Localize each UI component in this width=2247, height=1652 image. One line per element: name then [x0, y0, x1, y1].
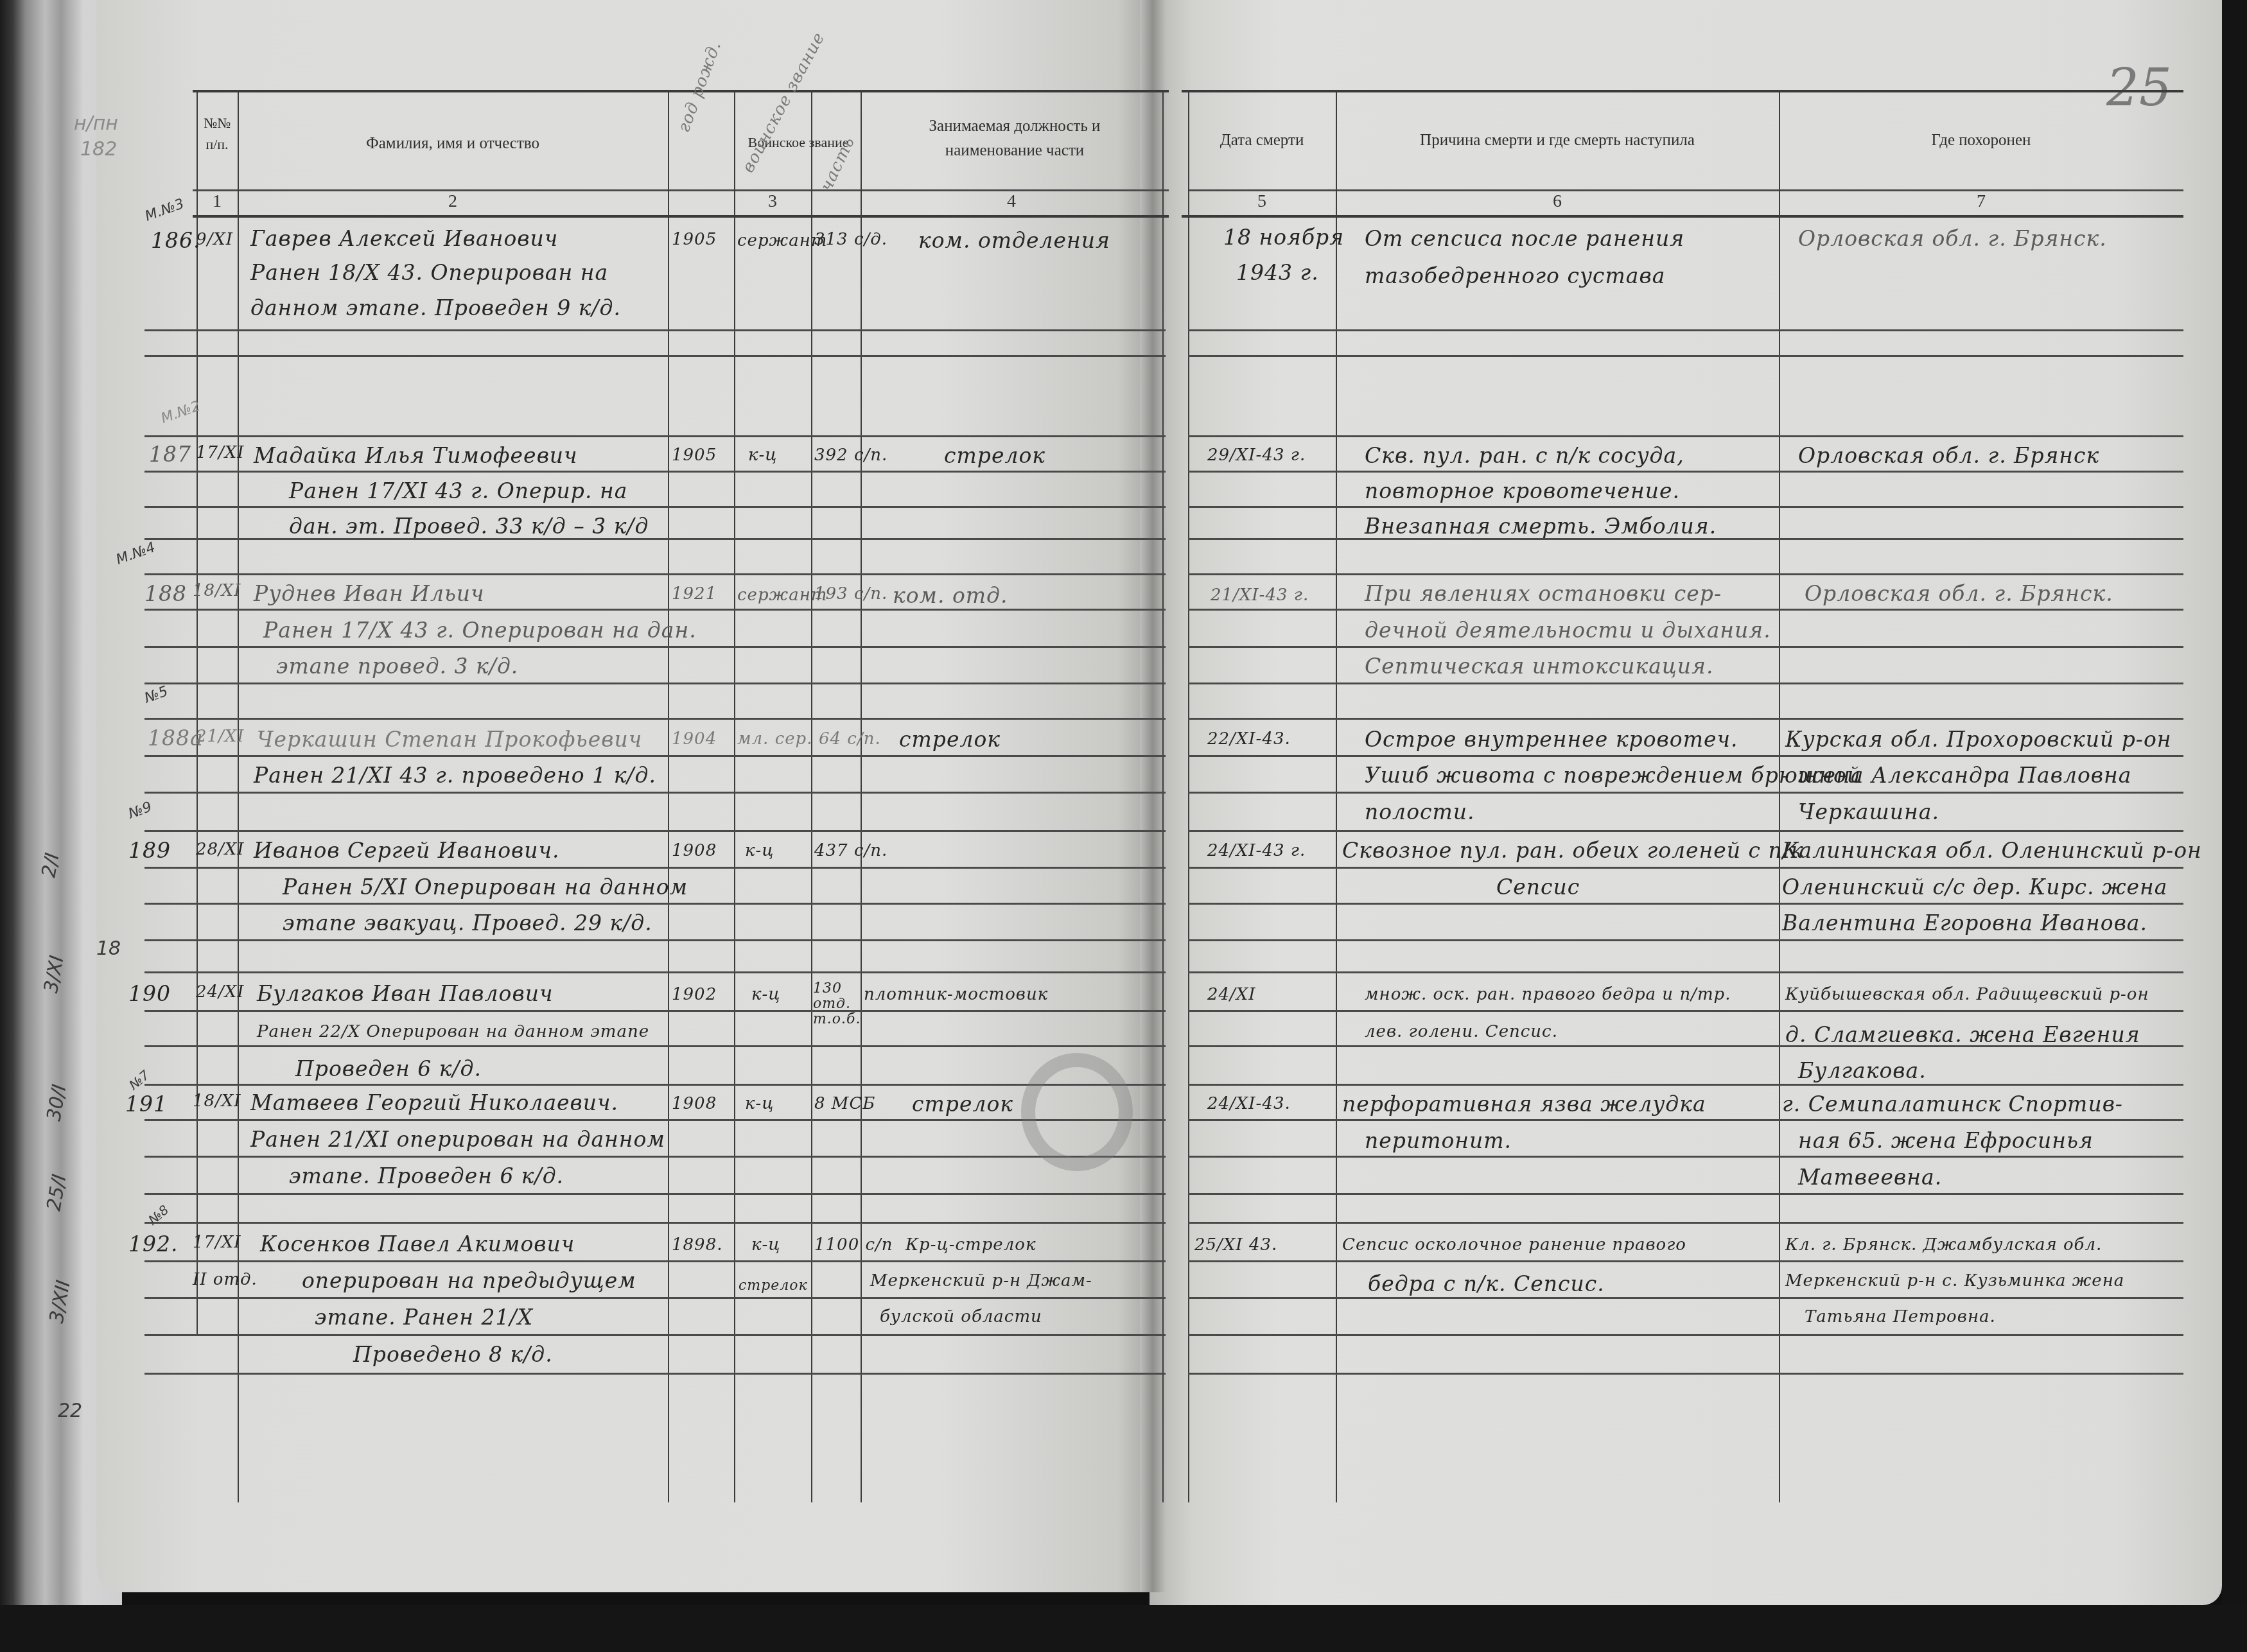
- entry-admitted: 17/XI: [193, 1233, 241, 1252]
- entry-rank: к-ц: [748, 446, 777, 465]
- row-rule-right: [1188, 355, 2183, 357]
- row-rule-left: [144, 1373, 1166, 1375]
- row-rule-left: [144, 506, 1166, 508]
- entry-note-line: Ранен 17/X 43 г. Оперирован на дан.: [263, 618, 697, 643]
- col-line-1: [197, 90, 198, 1335]
- entry-unit: 130 отд. т.о.б.: [813, 981, 859, 1028]
- entry-name: Черкашин Степан Прокофьевич: [257, 727, 642, 752]
- row-rule-left: [144, 1156, 1166, 1158]
- col-line-3b: [811, 90, 812, 1502]
- entry-name: Иванов Сергей Иванович.: [254, 838, 560, 863]
- col-line-4-end: [1162, 90, 1164, 1502]
- entry-note-line: Ранен 5/XI Оперирован на данном: [283, 874, 688, 900]
- entry-death-date: 24/XI-43 г.: [1207, 841, 1306, 860]
- header-col5: Дата смерти: [1188, 128, 1336, 153]
- colnum-4: 4: [861, 191, 1162, 212]
- entry-buried: Меркенский р-н с. Кузьминка жена: [1785, 1271, 2124, 1291]
- entry-buried: Калининская обл. Оленинский р-он: [1782, 838, 2202, 863]
- row-rule-left: [144, 939, 1166, 941]
- margin-note: 18: [96, 937, 121, 960]
- entry-buried: Татьяна Петровна.: [1805, 1307, 1996, 1326]
- entry-note-line: дан. эт. Провед. 33 к/д – 3 к/д: [289, 514, 649, 539]
- col-line-3: [668, 90, 669, 1502]
- entry-cause: перфоративная язва желудка: [1342, 1091, 1706, 1117]
- row-rule-left: [144, 1045, 1166, 1047]
- row-rule-right: [1188, 718, 2183, 720]
- entry-note-line: этапе провед. 3 к/д.: [276, 654, 518, 679]
- entry-admitted: 21/XI: [196, 727, 245, 746]
- row-rule-left: [144, 573, 1166, 575]
- entry-buried: жена Александра Павловна: [1798, 763, 2131, 788]
- colnum-5: 5: [1188, 191, 1336, 212]
- entry-cause: Сепсис осколочное ранение правого: [1342, 1235, 1686, 1255]
- entry-no: 186.: [151, 228, 200, 253]
- entry-cause: бедра с п/к. Сепсис.: [1368, 1271, 1605, 1296]
- entry-death-date: 1943 г.: [1236, 260, 1319, 285]
- row-rule-right: [1188, 1222, 2183, 1224]
- row-rule-right: [1188, 609, 2183, 611]
- entry-name: Руднев Иван Ильич: [254, 581, 485, 606]
- row-rule-left: [144, 1193, 1166, 1195]
- entry-position: плотник-мостовик: [864, 985, 1048, 1004]
- entry-cause: Септическая интоксикация.: [1365, 654, 1713, 679]
- entry-position: стрелок: [912, 1091, 1013, 1117]
- row-rule-left: [144, 755, 1166, 757]
- entry-death-date: 22/XI-43.: [1207, 729, 1291, 749]
- ledger-spread: 25 №№ п/п. Фамилия, имя и отчество Воинс…: [0, 0, 2247, 1652]
- entry-note-line: оперирован на предыдущем: [302, 1268, 636, 1293]
- row-rule-right: [1188, 939, 2183, 941]
- row-rule-right: [1188, 683, 2183, 684]
- rule-top-right: [1182, 90, 2183, 92]
- row-rule-right: [1188, 506, 2183, 508]
- col-line-3a: [734, 90, 735, 1502]
- colnum-3: 3: [734, 191, 811, 212]
- entry-buried: Черкашина.: [1798, 799, 1939, 824]
- row-rule-left: [144, 646, 1166, 648]
- entry-cause: повторное кровотечение.: [1365, 478, 1680, 503]
- row-rule-right: [1188, 971, 2183, 973]
- entry-no: 189: [128, 838, 171, 863]
- entry-note-line: данном этапе. Проведен 9 к/д.: [250, 295, 621, 320]
- row-rule-left: [144, 1084, 1166, 1086]
- page-number: 25: [2106, 58, 2172, 117]
- colnum-2: 2: [238, 191, 668, 212]
- row-rule-left: [144, 435, 1166, 437]
- entry-name: Булгаков Иван Павлович: [257, 981, 553, 1006]
- entry-no: 190: [128, 981, 171, 1006]
- entry-cause: перитонит.: [1365, 1128, 1512, 1153]
- entry-note-line: этапе эвакуац. Провед. 29 к/д.: [283, 910, 652, 935]
- row-rule-right: [1188, 1156, 2183, 1158]
- entry-death-date: 18 ноября: [1223, 225, 1344, 250]
- entry-cause: Сквозное пул. ран. обеих голеней с п/к: [1342, 838, 1804, 863]
- entry-note-line: Ранен 21/XI 43 г. проведено 1 к/д.: [254, 763, 656, 788]
- row-rule-left: [144, 1297, 1166, 1299]
- entry-cause: При явлениях остановки сер-: [1365, 581, 1722, 606]
- entry-buried: Орловская обл. г. Брянск.: [1805, 581, 2113, 606]
- entry-unit: 64 с/п.: [819, 729, 881, 749]
- row-rule-right: [1188, 1119, 2183, 1121]
- entry-rank: к-ц: [745, 1094, 774, 1113]
- col-line-4: [861, 90, 862, 1502]
- page-gutter: [1140, 0, 1166, 1592]
- row-rule-left: [144, 1010, 1166, 1012]
- entry-no: 188: [144, 581, 187, 606]
- row-rule-right: [1188, 792, 2183, 794]
- entry-cause: тазобедренного сустава: [1365, 263, 1665, 288]
- row-rule-left: [144, 718, 1166, 720]
- entry-position: Кр-ц-стрелок: [905, 1235, 1036, 1255]
- row-rule-right: [1188, 1260, 2183, 1262]
- entry-admitted: 9/XI: [196, 230, 233, 249]
- entry-note-line: Ранен 18/X 43. Оперирован на: [250, 260, 608, 285]
- entry-birth-year: 1904: [672, 729, 717, 749]
- entry-death-date: 24/XI: [1207, 985, 1256, 1004]
- entry-birth-year: 1905: [672, 446, 717, 465]
- row-rule-right: [1188, 1334, 2183, 1336]
- col-line-7: [1779, 90, 1780, 1502]
- entry-birth-year: 1921: [672, 584, 717, 604]
- entry-buried: Орловская обл. г. Брянск: [1798, 443, 2099, 468]
- entry-note-line: Ранен 21/XI оперирован на данном: [250, 1127, 665, 1152]
- entry-unit: 392 с/п.: [814, 446, 887, 465]
- entry-cause: Скв. пул. ран. с п/к сосуда,: [1365, 443, 1684, 468]
- header-col6: Причина смерти и где смерть наступила: [1336, 128, 1779, 153]
- entry-buried: д. Сламгиевка. жена Евгения: [1785, 1022, 2140, 1047]
- entry-rank: мл. сер.: [737, 729, 813, 749]
- entry-cause: Ушиб живота с повреждением брюшной: [1365, 763, 1861, 788]
- entry-death-date: 25/XI 43.: [1194, 1235, 1277, 1255]
- entry-admitted: 18/XI: [193, 581, 241, 600]
- entry-admitted: 18/XI: [193, 1091, 241, 1111]
- row-rule-right: [1188, 903, 2183, 905]
- row-rule-left: [144, 1222, 1166, 1224]
- entry-rank: к-ц: [751, 985, 780, 1004]
- margin-note: 2/I: [37, 851, 64, 880]
- entry-buried: ная 65. жена Ефросинья: [1798, 1128, 2094, 1153]
- row-rule-right: [1188, 471, 2183, 473]
- faded-stamp-mark: [1021, 1053, 1133, 1171]
- row-rule-left: [144, 867, 1166, 869]
- entry-buried: Валентина Егоровна Иванова.: [1782, 910, 2147, 935]
- header-col2: Фамилия, имя и отчество: [238, 132, 668, 156]
- entry-birth-year: 1908: [672, 1094, 717, 1113]
- entry-rank-note: стрелок: [739, 1278, 808, 1294]
- entry-name: Гаврев Алексей Иванович: [250, 226, 558, 251]
- entry-unit: 313 с/д.: [814, 230, 887, 249]
- row-rule-left: [144, 792, 1166, 794]
- entry-name: Матвеев Георгий Николаевич.: [250, 1090, 618, 1115]
- entry-name: Мадайка Илья Тимофеевич: [254, 443, 578, 468]
- entry-no: 191: [125, 1091, 168, 1117]
- entry-admitted: 17/XI: [196, 443, 245, 462]
- row-rule-right: [1188, 1193, 2183, 1195]
- entry-buried: Курская обл. Прохоровский р-он: [1785, 727, 2172, 752]
- col-line-5: [1188, 90, 1189, 1502]
- row-rule-right: [1188, 867, 2183, 869]
- entry-position: стрелок: [944, 443, 1045, 468]
- entry-cause: лев. голени. Сепсис.: [1365, 1022, 1558, 1041]
- entry-no: 192.: [128, 1231, 178, 1256]
- entry-admitted: 24/XI: [196, 982, 245, 1002]
- entry-rank: к-ц: [751, 1235, 780, 1255]
- row-rule-left: [144, 903, 1166, 905]
- entry-position-note: булской области: [880, 1307, 1042, 1326]
- colnum-7: 7: [1779, 191, 2183, 212]
- row-rule-left: [144, 471, 1166, 473]
- entry-admitted-note: II отд.: [193, 1270, 258, 1289]
- row-rule-left: [144, 830, 1166, 832]
- entry-position: стрелок: [899, 727, 1001, 752]
- row-rule-left: [144, 971, 1166, 973]
- row-rule-left: [144, 609, 1166, 611]
- entry-position: ком. отделения: [918, 228, 1110, 253]
- entry-unit: 1100 с/п: [814, 1235, 893, 1255]
- col-line-6: [1336, 90, 1337, 1502]
- row-rule-left: [144, 1119, 1166, 1121]
- entry-unit: 193 с/п.: [814, 584, 887, 604]
- row-rule-right: [1188, 1010, 2183, 1012]
- row-rule-left: [144, 1260, 1166, 1262]
- entry-unit: 8 МСБ: [814, 1094, 875, 1113]
- entry-buried: Оленинский с/с дер. Кирс. жена: [1782, 874, 2167, 900]
- entry-birth-year: 1898.: [672, 1235, 722, 1255]
- row-rule-right: [1188, 329, 2183, 331]
- entry-birth-year: 1908: [672, 841, 717, 860]
- entry-cause: Острое внутреннее кровотеч.: [1365, 727, 1738, 752]
- entry-admitted: 28/XI: [196, 840, 245, 859]
- row-rule-left: [144, 329, 1166, 331]
- scan-border-bottom: [0, 1605, 2247, 1652]
- entry-note-line: Проведено 8 к/д.: [353, 1342, 553, 1367]
- header-col1: №№ п/п.: [197, 112, 238, 155]
- entry-note-line: Проведен 6 к/д.: [295, 1056, 482, 1081]
- entry-buried: г. Семипалатинск Спортив-: [1782, 1091, 2123, 1117]
- entry-birth-year: 1905: [672, 230, 717, 249]
- colnum-1: 1: [197, 191, 238, 212]
- entry-buried: Куйбышевская обл. Радищевский р-он: [1785, 985, 2149, 1004]
- rule-header-bottom: [193, 215, 1169, 218]
- rule-header-bottom-right: [1182, 215, 2183, 218]
- entry-death-date: 24/XI-43.: [1207, 1094, 1291, 1113]
- margin-note: 182: [80, 138, 117, 161]
- entry-position: ком. отд.: [893, 583, 1008, 608]
- entry-position-note: Меркенский р-н Джам-: [870, 1271, 1092, 1291]
- row-rule-left: [144, 355, 1166, 357]
- entry-cause: множ. оск. ран. правого бедра и п/тр.: [1365, 985, 1731, 1004]
- entry-note-line: Ранен 17/XI 43 г. Оперир. на: [289, 478, 627, 503]
- entry-buried: Кл. г. Брянск. Джамбулская обл.: [1785, 1235, 2102, 1255]
- entry-name: Косенков Павел Акимович: [260, 1231, 575, 1256]
- entry-buried: Булгакова.: [1798, 1058, 1927, 1083]
- row-rule-right: [1188, 830, 2183, 832]
- entry-unit: 437 с/п.: [814, 841, 887, 860]
- entry-cause: От сепсиса после ранения: [1365, 226, 1684, 251]
- scan-border-right: [2222, 0, 2247, 1652]
- header-col7: Где похоронен: [1779, 128, 2183, 153]
- entry-rank: к-ц: [745, 841, 774, 860]
- col-line-2: [238, 90, 239, 1502]
- entry-death-date: 29/XI-43 г.: [1207, 446, 1306, 465]
- row-rule-right: [1188, 755, 2183, 757]
- entry-cause: Внезапная смерть. Эмболия.: [1365, 514, 1717, 539]
- row-rule-right: [1188, 1373, 2183, 1375]
- row-rule-right: [1188, 646, 2183, 648]
- margin-note: н/пн: [74, 112, 118, 135]
- entry-cause: дечной деятельности и дыхания.: [1365, 618, 1771, 643]
- margin-note: 22: [58, 1400, 82, 1422]
- row-rule-left: [144, 683, 1166, 684]
- entry-note-line: этапе. Ранен 21/X: [315, 1305, 533, 1330]
- entry-buried: Орловская обл. г. Брянск.: [1798, 226, 2107, 251]
- row-rule-right: [1188, 435, 2183, 437]
- entry-buried: Матвеевна.: [1798, 1165, 1942, 1190]
- row-rule-left: [144, 1334, 1166, 1336]
- entry-birth-year: 1902: [672, 985, 717, 1004]
- header-col4: Занимаемая должность и наименование част…: [893, 114, 1137, 162]
- entry-cause: полости.: [1365, 799, 1475, 824]
- entry-note-line: Ранен 22/X Оперирован на данном этапе: [257, 1022, 649, 1041]
- entry-no: 188а: [148, 726, 204, 751]
- entry-cause: Сепсис: [1496, 874, 1580, 900]
- rule-top: [193, 90, 1169, 92]
- entry-death-date: 21/XI-43 г.: [1211, 586, 1309, 605]
- row-rule-right: [1188, 1084, 2183, 1086]
- entry-no: 187: [149, 442, 191, 467]
- row-rule-right: [1188, 1297, 2183, 1299]
- colnum-6: 6: [1336, 191, 1779, 212]
- row-rule-right: [1188, 573, 2183, 575]
- entry-note-line: этапе. Проведен 6 к/д.: [289, 1163, 564, 1188]
